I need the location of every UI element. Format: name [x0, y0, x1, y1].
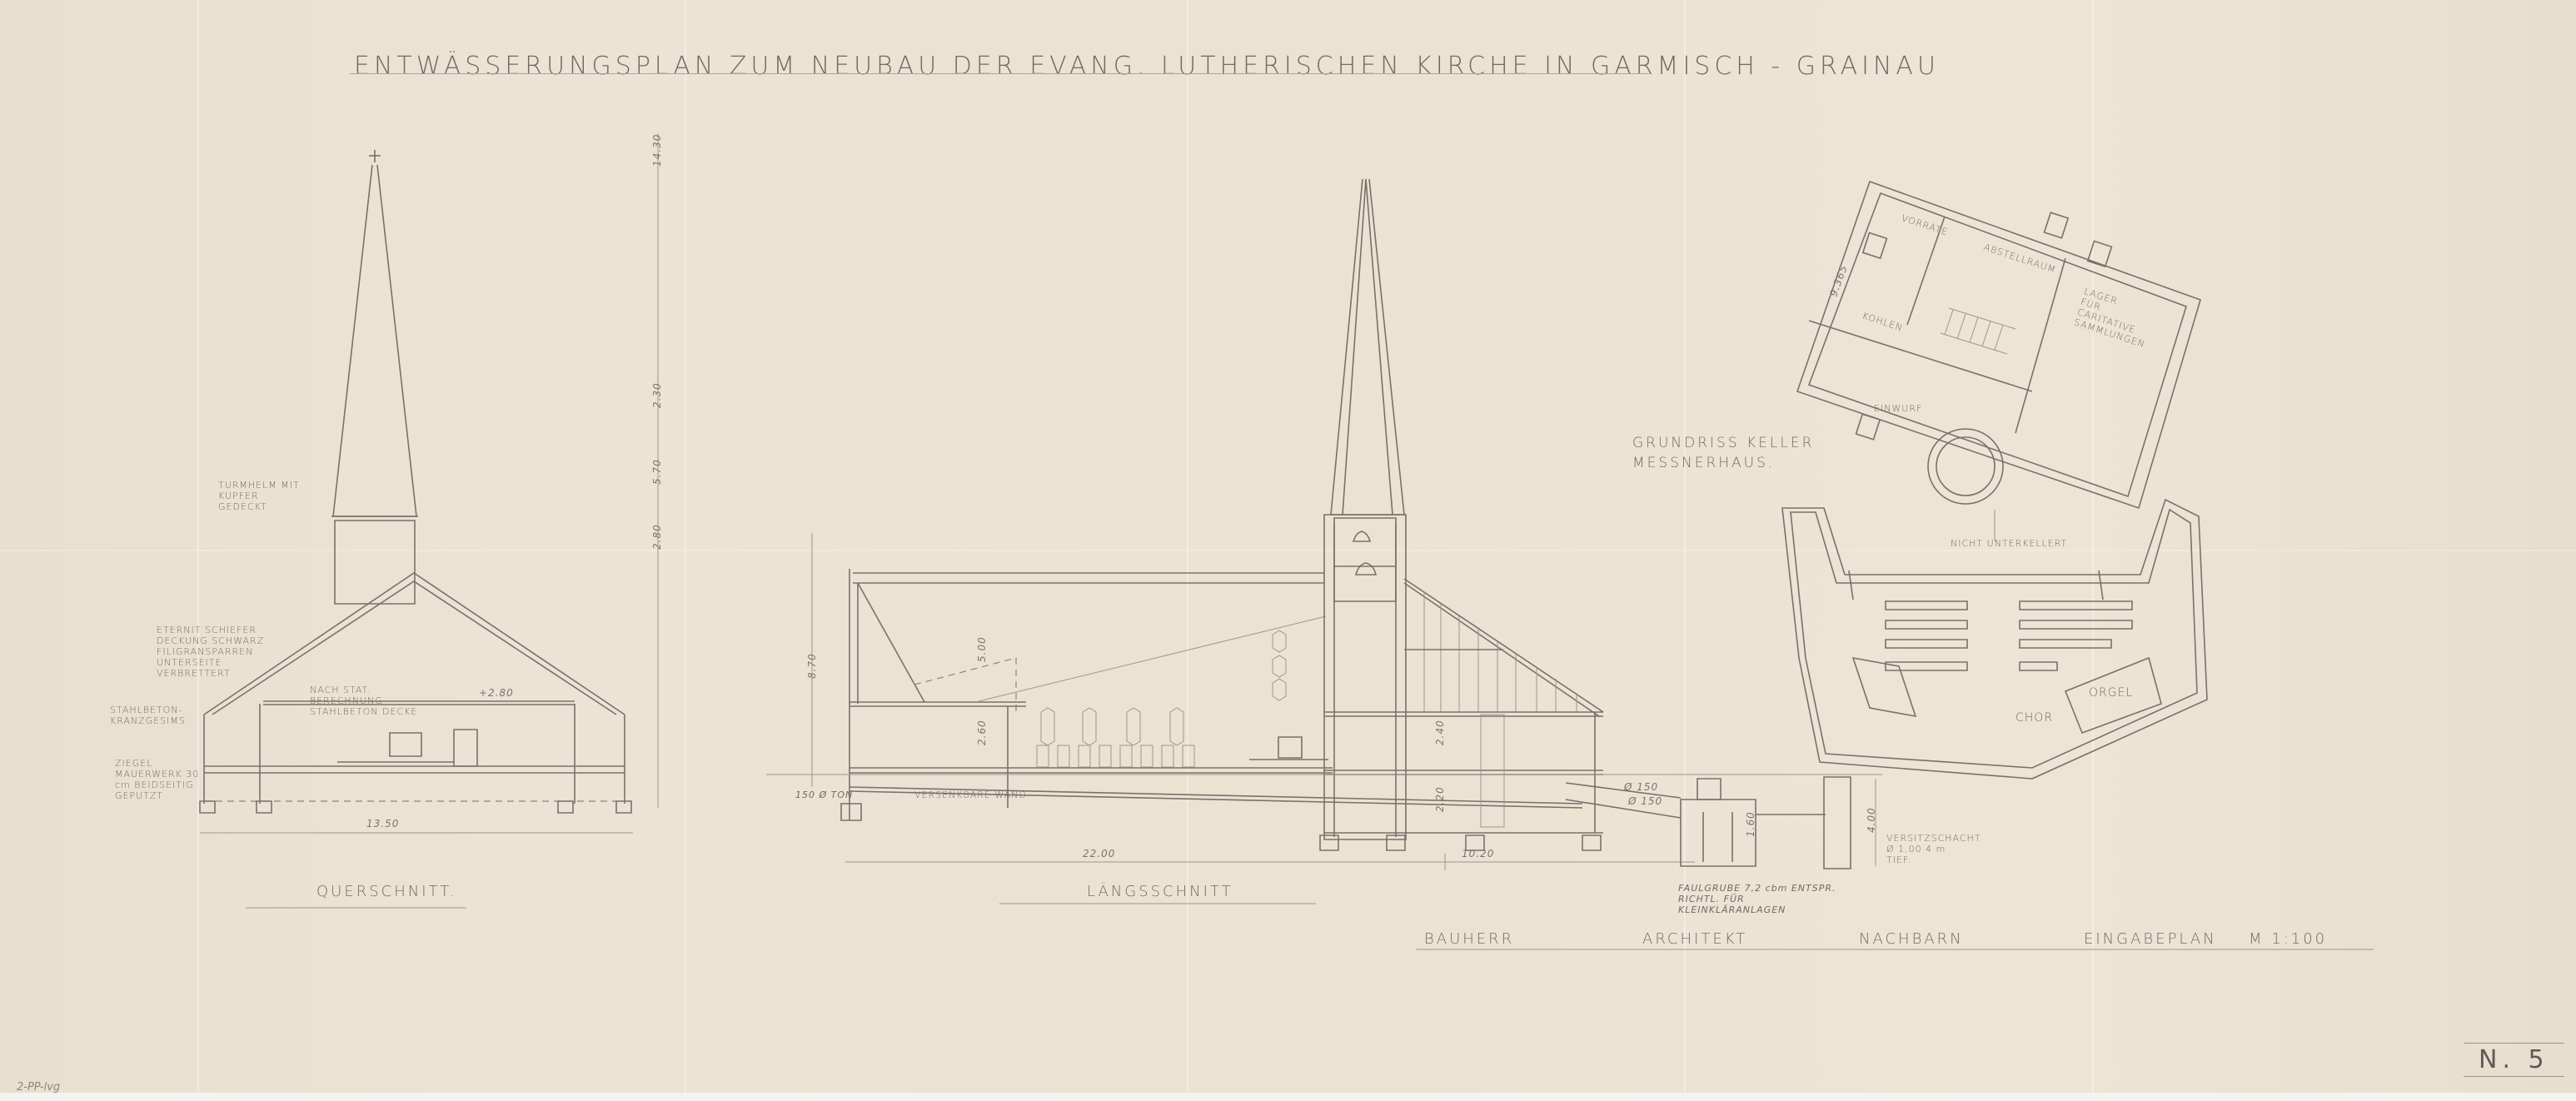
- height-dim-1: 14.30: [651, 134, 663, 167]
- plan-type-label: EINGABEPLAN: [2084, 930, 2217, 948]
- height-2-20: 2.20: [1434, 786, 1446, 812]
- architect-label: ARCHITEKT: [1642, 930, 1747, 948]
- scale-label: M 1:100: [2249, 930, 2327, 948]
- ceiling-note: NACH STAT. BERECHNUNG STAHLBETON DECKE: [310, 685, 426, 717]
- windows: [1041, 630, 1286, 745]
- pipe-diameter-1: Ø 150: [1624, 781, 1658, 793]
- room-chor: CHOR: [2015, 713, 2053, 724]
- height-5-00: 5.00: [976, 636, 988, 662]
- longitudinal-section-label: LÄNGSSCHNITT: [1087, 883, 1233, 900]
- height-dim-3: 5.70: [651, 459, 663, 485]
- height-2-60: 2.60: [976, 720, 988, 745]
- width-dimension: 13.50: [366, 818, 399, 829]
- height-8-70: 8.70: [806, 653, 818, 679]
- movable-wall-note: VERSENKBARE WAND: [914, 790, 1027, 800]
- cross-section-label: QUERSCHNITT.: [316, 883, 457, 900]
- floor-plan-label: GRUNDRISS KELLER MESSNERHAUS.: [1632, 433, 1832, 473]
- seepage-pit-note: VERSITZSCHACHT Ø 1,00 4 m TIEF.: [1886, 833, 1966, 865]
- neighbors-label: NACHBARN: [1859, 930, 1964, 948]
- archive-mark: 2-PP-lvg: [17, 1081, 60, 1094]
- sheet-number: N. 5: [2464, 1043, 2564, 1077]
- cornice-note: STAHLBETON-KRANZGESIMS: [110, 705, 193, 726]
- drain-note: 150 Ø TON: [795, 790, 853, 800]
- client-label: BAUHERR: [1424, 930, 1514, 948]
- longitudinal-section-drawing: [766, 179, 1882, 870]
- paper-edge: [0, 1093, 2576, 1101]
- room-einwurf: EINWURF: [1874, 403, 1922, 414]
- tower-dimension: 10.20: [1462, 848, 1494, 859]
- pews: [1037, 745, 1194, 767]
- drawing-sheet: ENTWÄSSERUNGSPLAN ZUM NEUBAU DER EVANG. …: [0, 0, 2576, 1101]
- height-dim-4: 2.80: [651, 524, 663, 550]
- pit-depth: 4.00: [1866, 807, 1877, 833]
- height-dim-2: 2.30: [651, 382, 663, 408]
- roof-note: ETERNIT SCHIEFER DECKUNG SCHWARZ FILIGRA…: [157, 625, 298, 679]
- septic-depth: 1.60: [1745, 811, 1756, 837]
- ceiling-level: +2.80: [479, 687, 514, 699]
- tower-roof-note: TURMHELM MIT KUPFER GEDECKT: [218, 480, 310, 512]
- area-not-basement: NICHT UNTERKELLERT: [1951, 538, 2067, 549]
- septic-tank-note: FAULGRUBE 7,2 cbm ENTSPR. RICHTL. FÜR KL…: [1678, 883, 1845, 915]
- pipe-diameter-2: Ø 150: [1628, 795, 1662, 807]
- length-dimension: 22.00: [1083, 848, 1115, 859]
- wall-note: ZIEGEL MAUERWERK 30 cm BEIDSEITIG GEPUTZ…: [115, 758, 207, 801]
- height-2-40: 2.40: [1434, 720, 1446, 745]
- room-orgel: ORGEL: [2089, 688, 2133, 699]
- stairs: [1941, 308, 2015, 354]
